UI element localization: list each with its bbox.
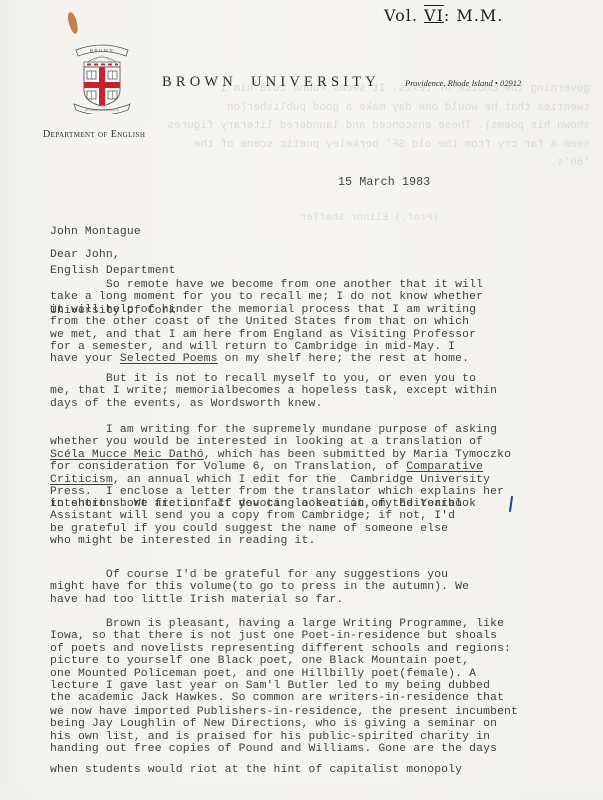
show-through-signoff: (Prof.) Elinor Shaffer (300, 212, 439, 224)
university-name: BROWNUNIVERSITY (162, 74, 380, 91)
svg-text:IN DEO SPERAMUS: IN DEO SPERAMUS (85, 108, 119, 112)
letter-page: governing the choice of texts. It seems … (0, 0, 603, 800)
university-address: Providence, Rhode Island • 02912 (405, 78, 521, 88)
show-through-text: governing the choice of texts. It seems … (210, 80, 590, 173)
paragraph-1: So remote have we become from one anothe… (50, 279, 483, 366)
paragraph-5-continued: we now have imported Publishers-in-resid… (50, 706, 518, 756)
letter-date: 15 March 1983 (338, 177, 430, 189)
handwritten-annotation: Vol. VI: M.M. (384, 6, 503, 25)
paragraph-2: But it is not to recall myself to you, o… (50, 373, 497, 410)
ink-stain (66, 11, 80, 34)
paragraph-4: Of course I'd be grateful for any sugges… (50, 569, 469, 606)
department-name: Department of English (43, 129, 145, 140)
recipient-name: John Montague (50, 226, 176, 239)
svg-text:BROWN: BROWN (90, 48, 114, 53)
recipient-department: English Department (50, 265, 176, 278)
brown-crest-icon: BROWN IN DEO SPERAMUS (68, 40, 136, 114)
annotation-initials: : M.M. (444, 6, 503, 25)
paragraph-3-continued: to short short fiction. If you can look … (50, 498, 462, 548)
paragraph-6: when students would riot at the hint of … (50, 764, 462, 776)
paragraph-5: Brown is pleasant, having a large Writin… (50, 618, 511, 705)
page-edge (0, 780, 603, 800)
salutation: Dear John, (50, 249, 120, 261)
annotation-prefix: Vol. (384, 6, 424, 25)
annotation-volume: VI (424, 6, 444, 25)
